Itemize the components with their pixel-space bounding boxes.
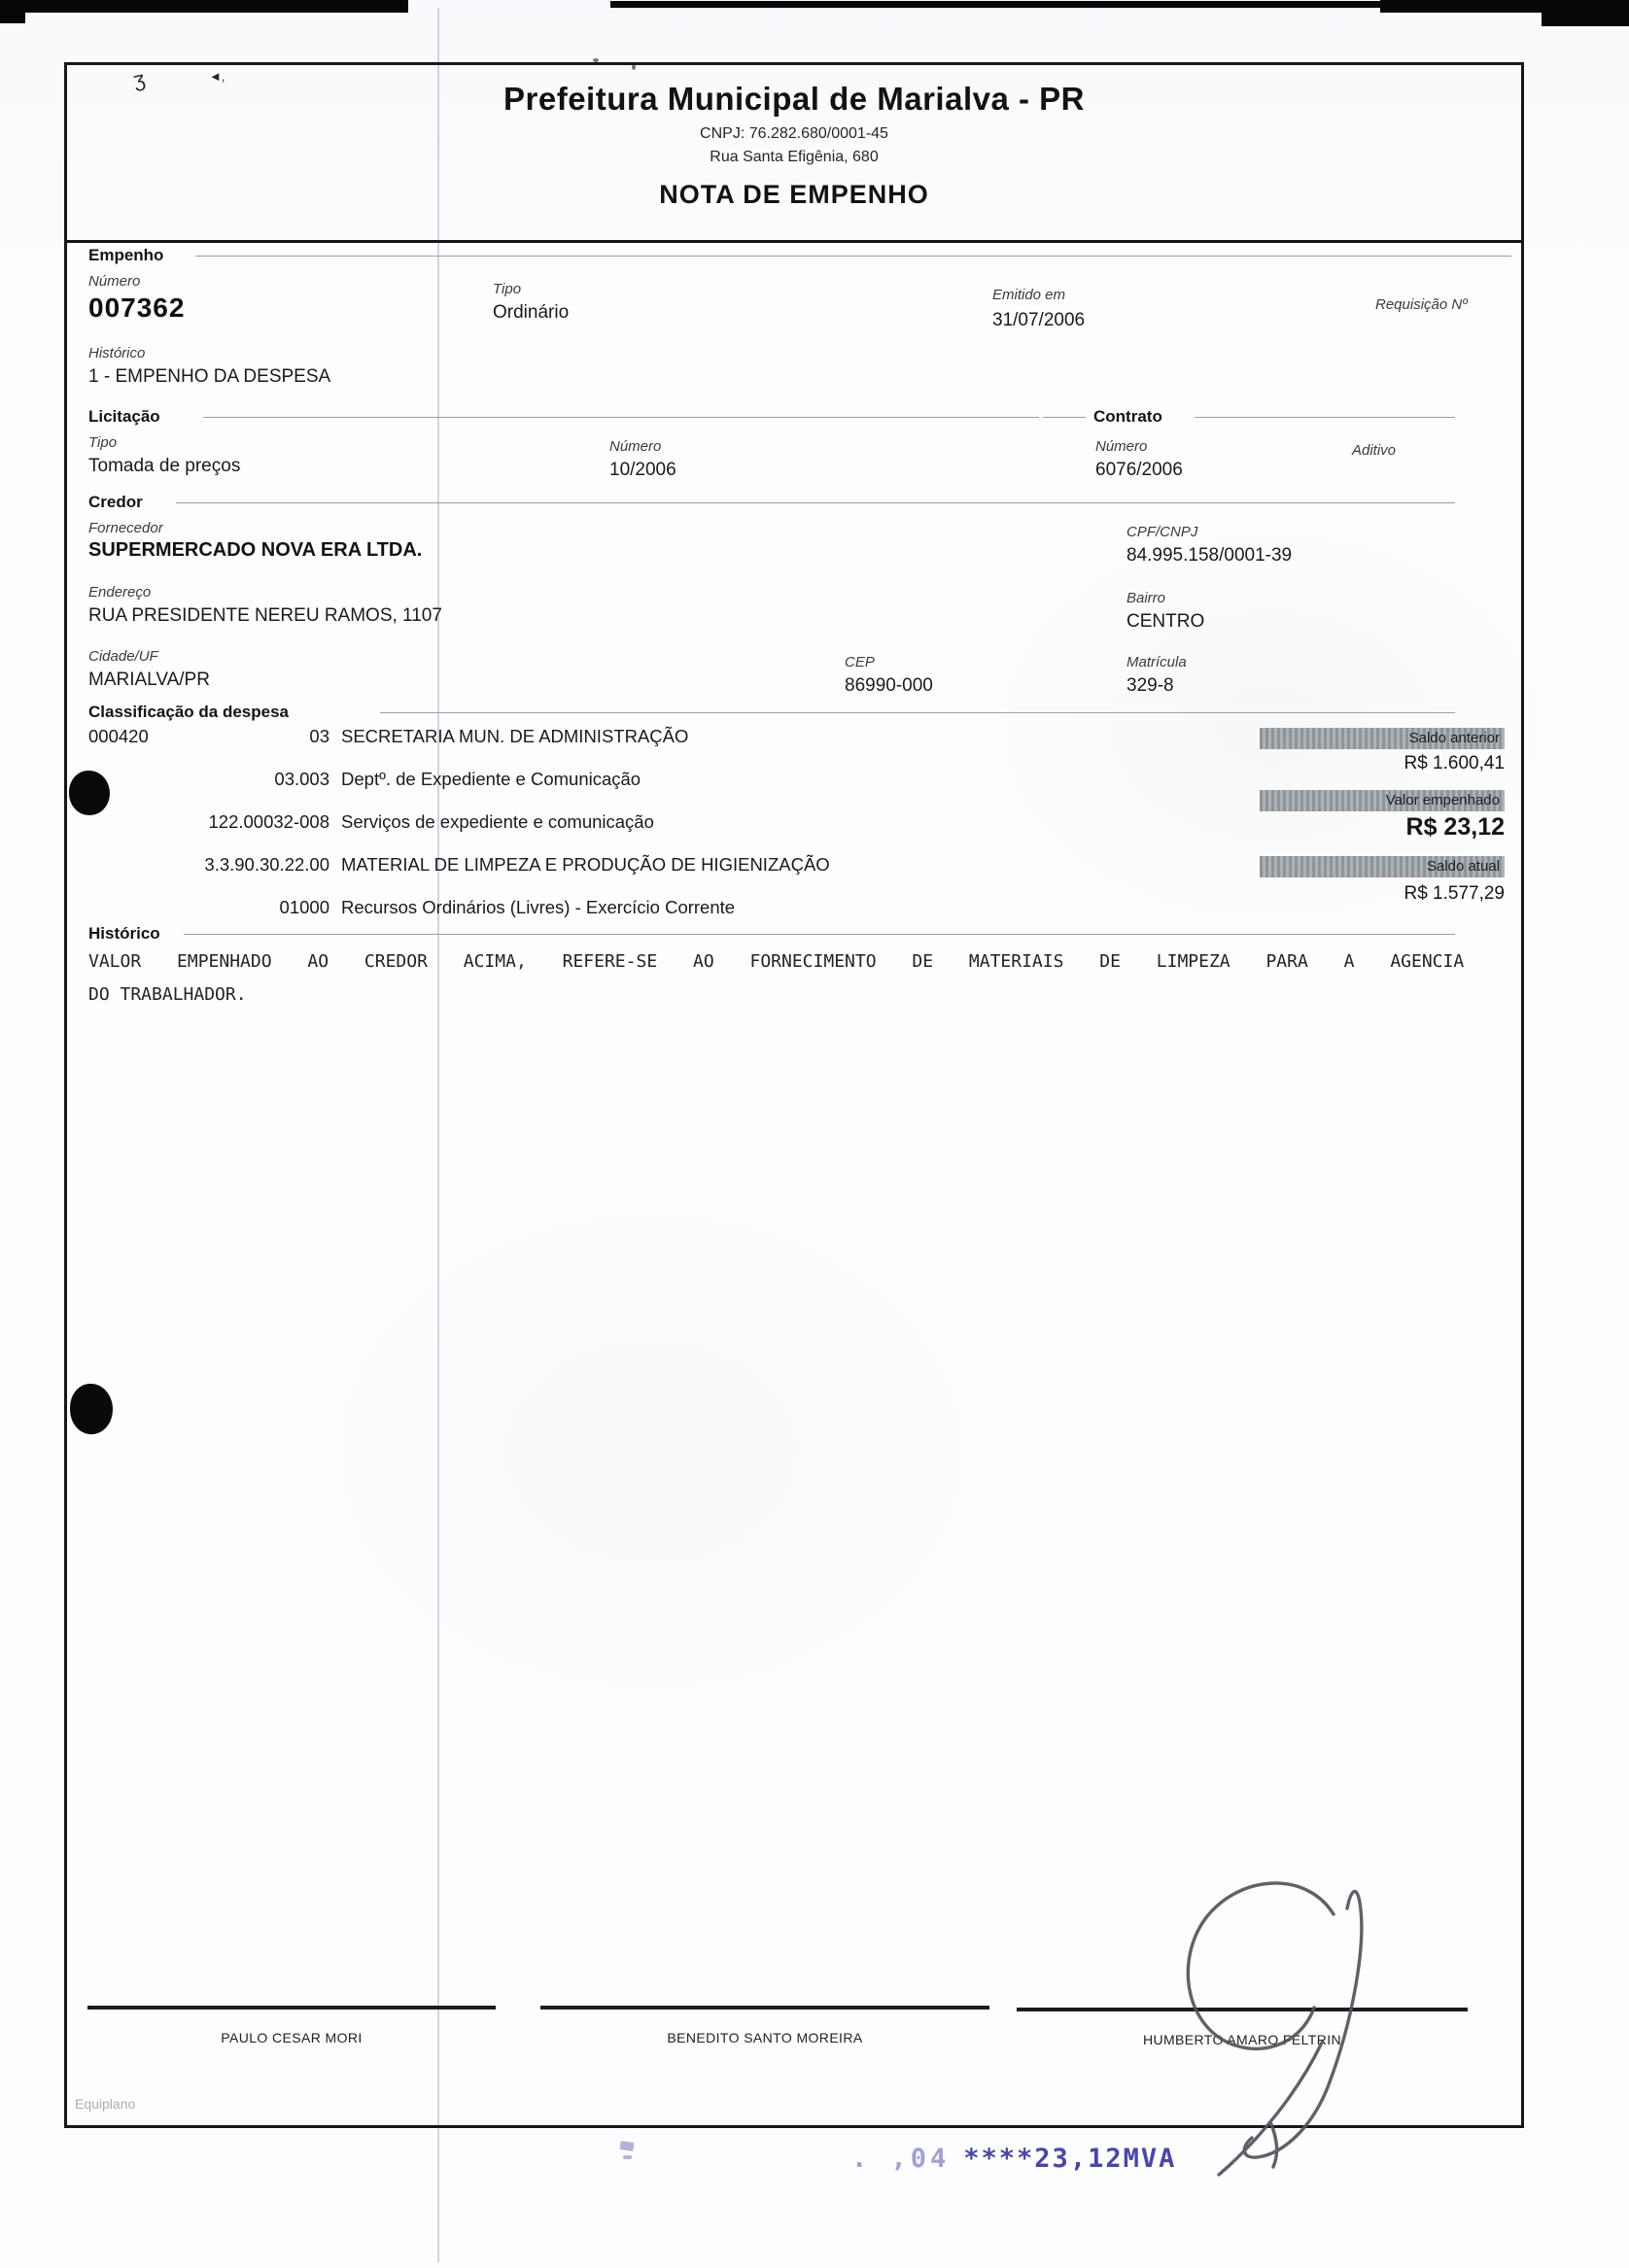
- orgao-codigo: 03: [145, 726, 329, 747]
- municipality-title: Prefeitura Municipal de Marialva - PR: [67, 81, 1521, 118]
- unidade-codigo: 03.003: [145, 769, 329, 790]
- valor-empenhado-valor: R$ 23,12: [1260, 813, 1505, 842]
- empenho-historico: 1 - EMPENHO DA DESPESA: [88, 366, 330, 388]
- funcional-codigo: 122.00032-008: [145, 811, 329, 833]
- signature-line: [540, 2006, 989, 2010]
- requisicao-label: Requisição Nº: [1375, 296, 1468, 313]
- section-historico: Histórico: [88, 924, 160, 944]
- section-rule: [176, 502, 1455, 503]
- ink-smudge: [619, 2141, 634, 2151]
- section-rule: [1195, 417, 1455, 418]
- saldo-atual-valor: R$ 1.577,29: [1260, 883, 1505, 905]
- section-credor: Credor: [88, 493, 143, 512]
- saldo-atual-bar: Saldo atual: [1260, 856, 1505, 877]
- valor-empenhado-bar: Valor empenhado: [1260, 790, 1505, 811]
- unidade-descricao: Deptº. de Expediente e Comunicação: [341, 769, 641, 790]
- emitido-data: 31/07/2006: [992, 310, 1085, 331]
- cidade-uf: MARIALVA/PR: [88, 670, 210, 691]
- cep: 86990-000: [845, 675, 933, 697]
- elemento-codigo: 3.3.90.30.22.00: [145, 854, 329, 876]
- section-empenho: Empenho: [88, 246, 163, 265]
- numero-label: Número: [88, 273, 140, 290]
- stamp-amount: ****23,12MVA: [963, 2144, 1176, 2174]
- scan-edge-corner-left: [0, 0, 25, 23]
- scan-edge-corner-right: [1542, 0, 1629, 26]
- section-licitacao: Licitação: [88, 407, 160, 427]
- licitacao-tipo: Tomada de preços: [88, 456, 240, 477]
- elemento-descricao: MATERIAL DE LIMPEZA E PRODUÇÃO DE HIGIEN…: [341, 854, 830, 876]
- despesa-codigo: 000420: [88, 726, 149, 747]
- document-title: NOTA DE EMPENHO: [67, 180, 1521, 210]
- scan-edge-strip: [0, 0, 408, 13]
- historico-texto-linha1: VALOR EMPENHADO AO CREDOR ACIMA, REFERE-…: [88, 951, 1464, 972]
- matricula-label: Matrícula: [1126, 654, 1187, 670]
- signatory-name: BENEDITO SANTO MOREIRA: [540, 2030, 989, 2045]
- licitacao-numero-label: Número: [609, 438, 661, 455]
- signatory-name: PAULO CESAR MORI: [87, 2030, 496, 2045]
- cidade-uf-label: Cidade/UF: [88, 648, 158, 665]
- section-rule: [380, 712, 1455, 713]
- historico-texto-linha2: DO TRABALHADOR.: [88, 984, 247, 1005]
- fonte-descricao: Recursos Ordinários (Livres) - Exercício…: [341, 897, 735, 918]
- cep-label: CEP: [845, 654, 875, 670]
- bairro-label: Bairro: [1126, 590, 1165, 606]
- stamp-faint-digits: . ,04: [851, 2144, 950, 2174]
- saldo-anterior-valor: R$ 1.600,41: [1260, 753, 1505, 774]
- endereco-label: Endereço: [88, 584, 151, 601]
- fornecedor-nome: SUPERMERCADO NOVA ERA LTDA.: [88, 539, 422, 562]
- section-rule: [184, 934, 1455, 935]
- section-contrato: Contrato: [1093, 407, 1162, 427]
- section-rule: [203, 417, 1039, 418]
- licitacao-tipo-label: Tipo: [88, 434, 117, 451]
- section-rule: [195, 256, 1511, 257]
- historico-label: Histórico: [88, 345, 145, 361]
- cpf-cnpj-label: CPF/CNPJ: [1126, 524, 1197, 540]
- system-watermark: Equiplano: [75, 2096, 135, 2112]
- signature-line: [87, 2006, 496, 2010]
- section-rule: [1043, 417, 1086, 418]
- orgao-descricao: SECRETARIA MUN. DE ADMINISTRAÇÃO: [341, 726, 688, 747]
- empenho-numero: 007362: [88, 292, 185, 324]
- ink-smudge: [623, 2155, 632, 2159]
- punch-hole: [69, 771, 110, 815]
- header-divider: [67, 240, 1521, 243]
- endereco: RUA PRESIDENTE NEREU RAMOS, 1107: [88, 605, 442, 627]
- aditivo-label: Aditivo: [1352, 442, 1396, 459]
- scan-edge-strip: [610, 1, 1388, 8]
- cnpj-line: CNPJ: 76.282.680/0001-45: [67, 125, 1521, 143]
- matricula: 329-8: [1126, 675, 1174, 697]
- contrato-numero-label: Número: [1095, 438, 1147, 455]
- contrato-numero: 6076/2006: [1095, 460, 1183, 481]
- empenho-tipo: Ordinário: [493, 302, 569, 324]
- handwritten-signature: [1147, 1846, 1419, 2196]
- licitacao-numero: 10/2006: [609, 460, 676, 481]
- tipo-label: Tipo: [493, 281, 521, 297]
- bank-validation-stamp: . ,04****23,12MVA: [851, 2144, 1176, 2174]
- section-classificacao: Classificação da despesa: [88, 703, 289, 722]
- punch-hole: [70, 1384, 113, 1434]
- bairro: CENTRO: [1126, 611, 1204, 633]
- saldo-anterior-bar: Saldo anterior: [1260, 728, 1505, 749]
- document-frame: ʒ ◄, Prefeitura Municipal de Marialva - …: [64, 62, 1524, 2128]
- funcional-descricao: Serviços de expediente e comunicação: [341, 811, 654, 833]
- emitido-label: Emitido em: [992, 287, 1065, 303]
- cpf-cnpj: 84.995.158/0001-39: [1126, 545, 1292, 567]
- fonte-codigo: 01000: [145, 897, 329, 918]
- address-line: Rua Santa Efigênia, 680: [67, 149, 1521, 166]
- scanned-page: { "page": { "header": { "title": "Prefei…: [0, 0, 1629, 2268]
- fornecedor-label: Fornecedor: [88, 520, 163, 536]
